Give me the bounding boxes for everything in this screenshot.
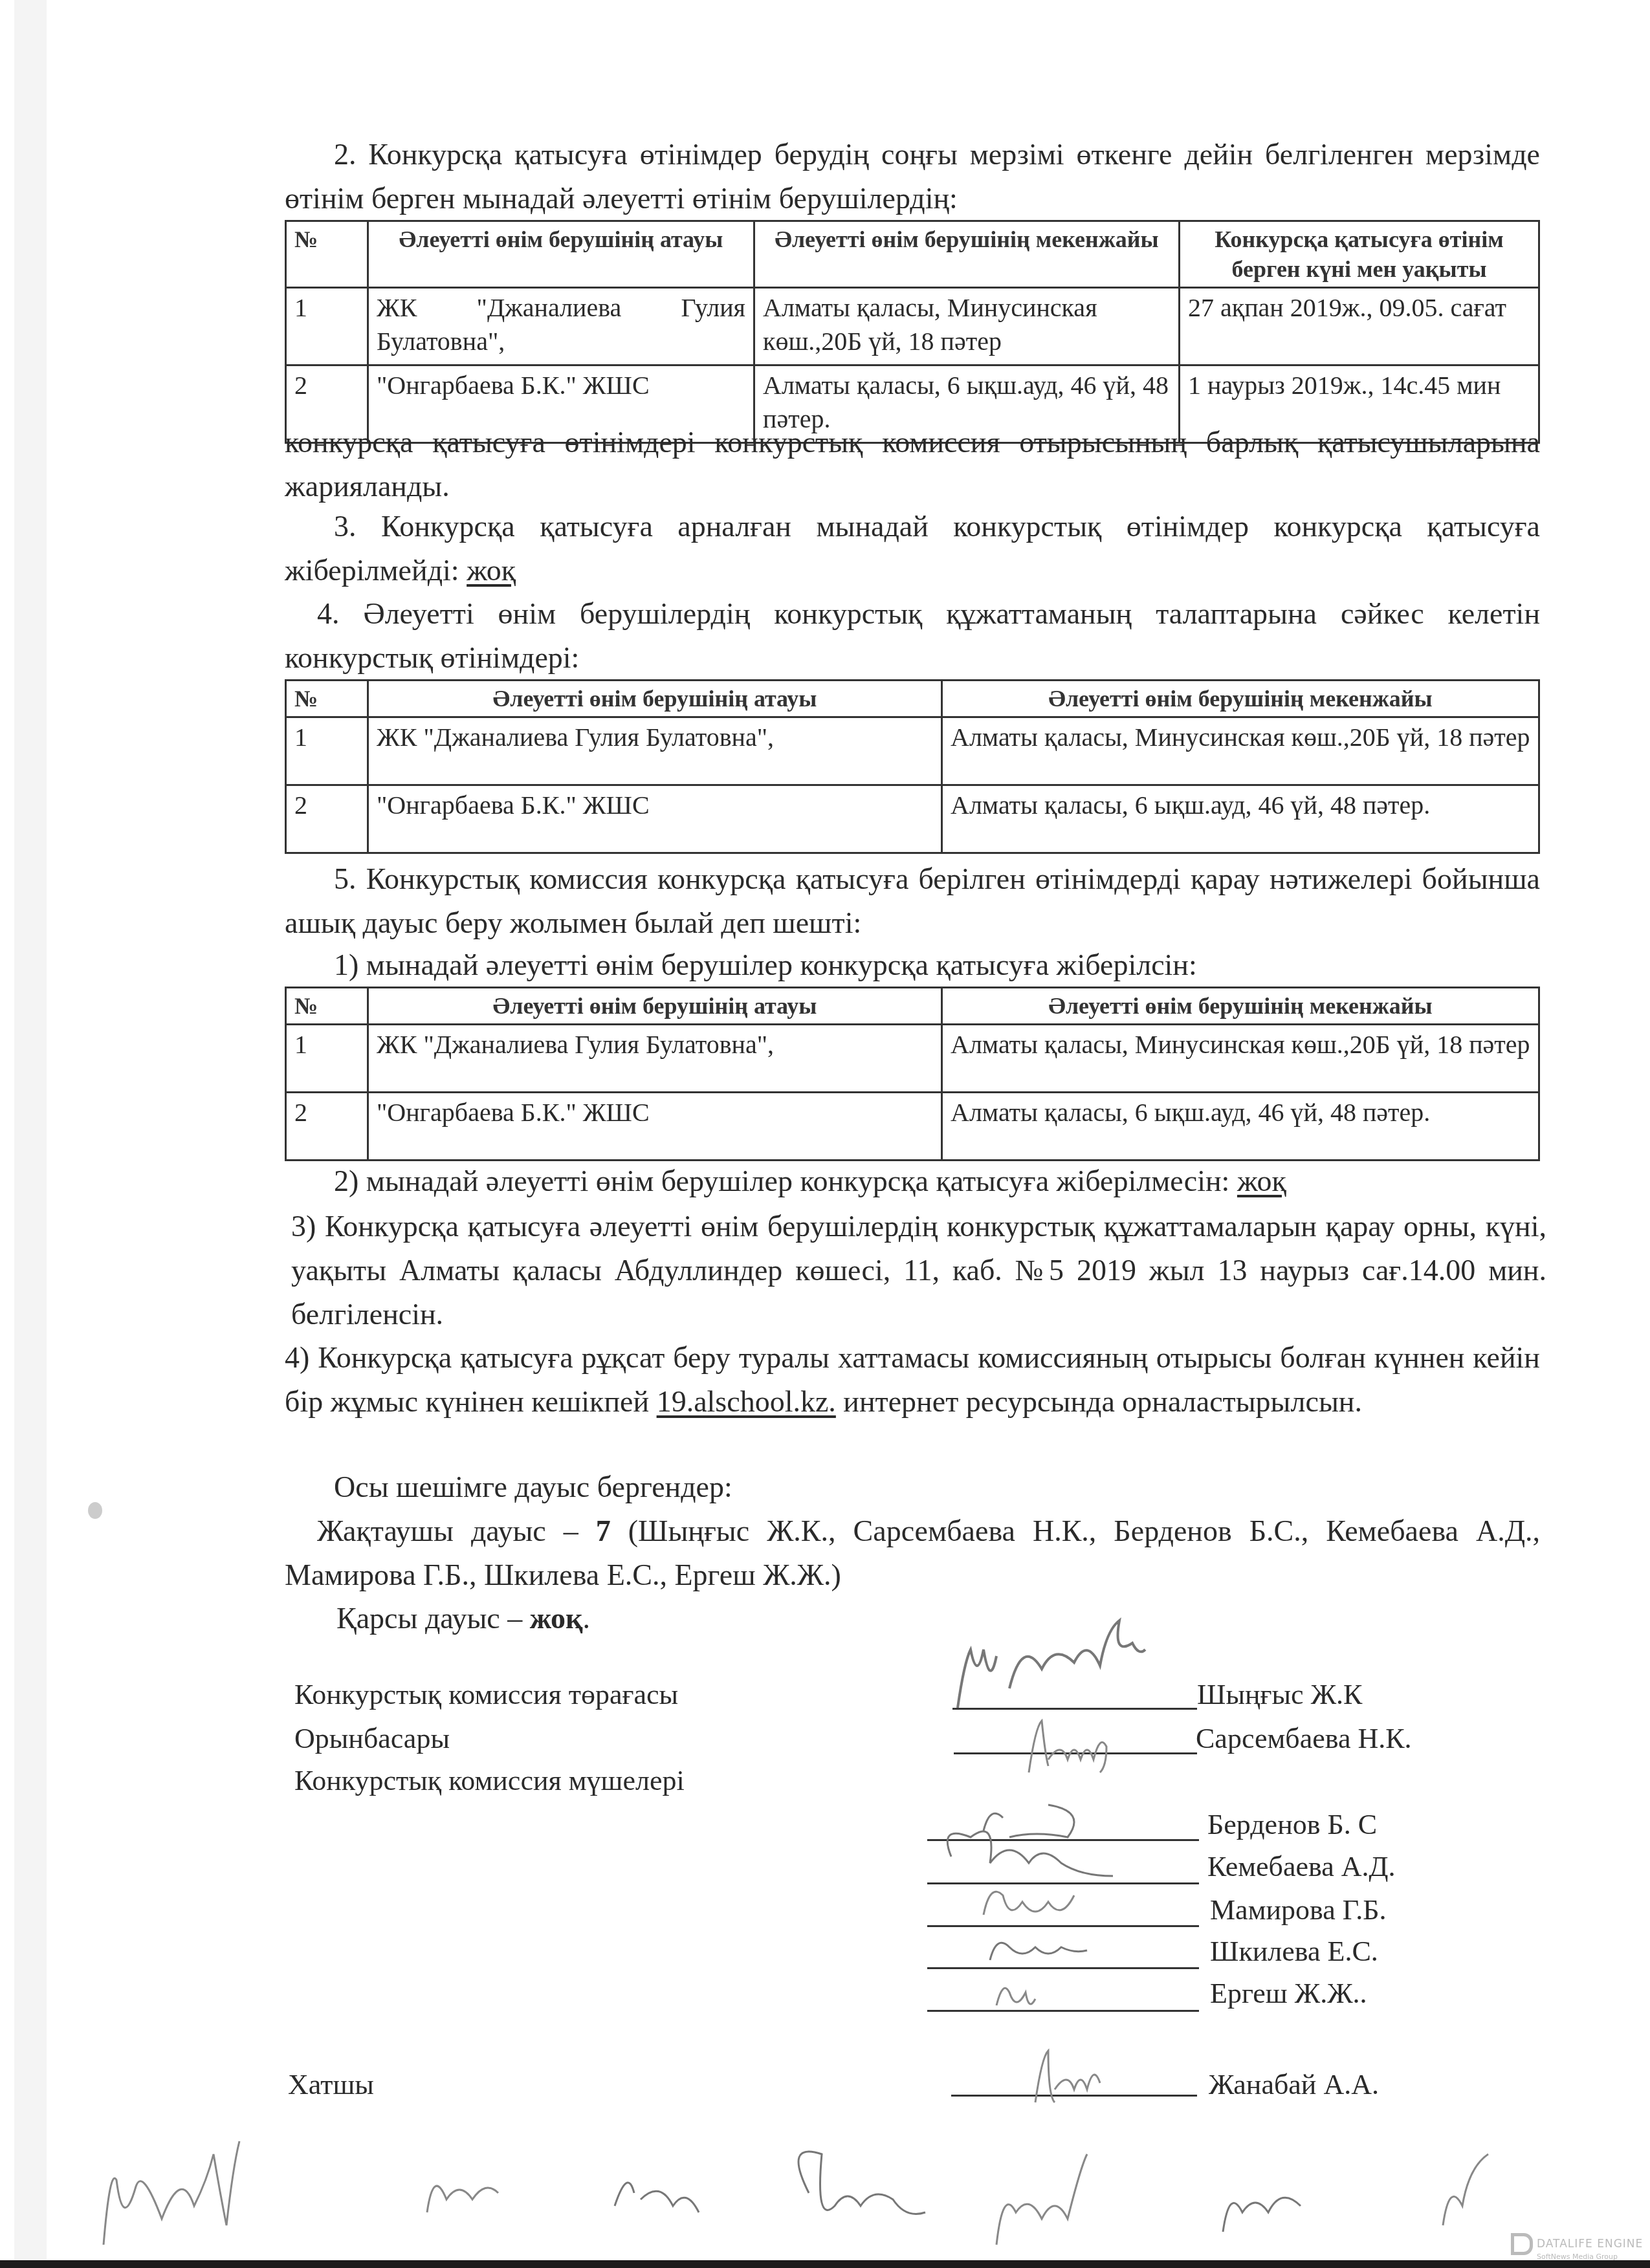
secretary-role: Хатшы (288, 2067, 374, 2103)
datalife-logo-icon (1511, 2233, 1533, 2255)
cell-address: Алматы қаласы, Минусинская көш.,20Б үй, … (754, 288, 1180, 365)
cell-address: Алматы қаласы, 6 ықш.ауд, 46 үй, 48 пәте… (942, 785, 1539, 853)
member-name: Ергеш Ж.Ж.. (1210, 1976, 1367, 2012)
voting-intro-text: Осы шешімге дауыс бергендер: (334, 1470, 732, 1503)
section-5-item-1-text: 1) мынадай әлеуетті өнім берушілер конку… (334, 948, 1197, 981)
votes-against: Қарсы дауыс – жоқ. (285, 1597, 1540, 1641)
secretary-signature-scribble (1016, 2044, 1145, 2115)
cell-address: Алматы қаласы, 6 ықш.ауд, 46 үй, 48 пәте… (942, 1093, 1539, 1161)
col-header-num: № (286, 988, 368, 1025)
cell-name: ЖК "Джаналиева Гулия Булатовна", (368, 1025, 942, 1093)
deputy-role: Орынбасары (294, 1721, 450, 1757)
votes-against-end: . (582, 1602, 590, 1635)
section-4-intro: 4. Әлеуетті өнім берушілердің конкурстық… (285, 592, 1540, 680)
member-name: Шкилева Е.С. (1210, 1934, 1378, 1970)
secretary-name: Жанабай А.А. (1209, 2067, 1379, 2103)
ink-blot (88, 1502, 102, 1519)
website-link[interactable]: 19.alschool.kz. (657, 1385, 836, 1418)
member-name: Мамирова Г.Б. (1210, 1892, 1387, 1928)
votes-against-value: жоқ (530, 1602, 583, 1635)
scan-left-edge (14, 0, 47, 2268)
table-header-row: № Әлеуетті өнім берушінің атауы Әлеуетті… (286, 221, 1539, 288)
section-3-value: жоқ (467, 554, 516, 587)
members-signature-scribbles (932, 1792, 1204, 2038)
cell-num: 1 (286, 1025, 368, 1093)
cell-num: 2 (286, 1093, 368, 1161)
section-5-item-2: 2) мынадай әлеуетті өнім берушілер конку… (285, 1159, 1540, 1203)
col-header-num: № (286, 221, 368, 288)
col-header-address: Әлеуетті өнім берушінің мекенжайы (754, 221, 1180, 288)
section-3: 3. Конкурсқа қатысуға арналған мынадай к… (285, 505, 1540, 593)
section-5-intro-text: 5. Конкурстық комиссия конкурсқа қатысуғ… (285, 862, 1540, 939)
table-row: 1 ЖК "Джаналиева Гулия Булатовна", Алмат… (286, 717, 1539, 785)
deputy-signature-scribble (1009, 1708, 1139, 1785)
table-row: 1 ЖК "Джаналиева Гулия Булатовна", Алмат… (286, 1025, 1539, 1093)
col-header-name: Әлеуетті өнім берушінің атауы (368, 681, 942, 717)
col-header-name: Әлеуетті өнім берушінің атауы (368, 221, 754, 288)
section-5-item-3: 3) Конкурсқа қатысуға әлеуетті өнім беру… (291, 1205, 1546, 1336)
section-5-item-3-text: 3) Конкурсқа қатысуға әлеуетті өнім беру… (291, 1210, 1546, 1331)
watermark: DATALIFE ENGINE SoftNews Media Group (1511, 2233, 1643, 2261)
bottom-signatures-scribbles (65, 2128, 1521, 2264)
col-header-address: Әлеуетті өнім берушінің мекенжайы (942, 681, 1539, 717)
col-header-datetime: Конкурсқа қатысуға өтінім берген күні ме… (1180, 221, 1539, 288)
cell-datetime: 27 ақпан 2019ж., 09.05. сағат (1180, 288, 1539, 365)
col-header-name: Әлеуетті өнім берушінің атауы (368, 988, 942, 1025)
table-row: 2 "Онгарбаева Б.К." ЖШС Алматы қаласы, 6… (286, 785, 1539, 853)
col-header-num: № (286, 681, 368, 717)
votes-for-label: Жақтаушы дауыс – (317, 1514, 596, 1547)
deputy-name: Сарсембаева Н.К. (1196, 1721, 1412, 1757)
applications-table: № Әлеуетті өнім берушінің атауы Әлеуетті… (285, 220, 1540, 444)
col-header-address: Әлеуетті өнім берушінің мекенжайы (942, 988, 1539, 1025)
table-row: 2 "Онгарбаева Б.К." ЖШС Алматы қаласы, 6… (286, 1093, 1539, 1161)
chair-signature-scribble (945, 1611, 1204, 1714)
votes-against-label: Қарсы дауыс – (336, 1602, 530, 1635)
watermark-title: DATALIFE ENGINE (1537, 2238, 1643, 2251)
votes-for: Жақтаушы дауыс – 7 (Шыңғыс Ж.К., Сарсемб… (285, 1509, 1540, 1597)
members-role: Конкурстық комиссия мүшелері (294, 1763, 685, 1799)
member-name: Берденов Б. С (1207, 1807, 1377, 1843)
section-5-item-2-text: 2) мынадай әлеуетті өнім берушілер конку… (334, 1164, 1237, 1197)
table-row: 1 ЖК "Джаналиева Гулия Булатовна", Алмат… (286, 288, 1539, 365)
cell-name: "Онгарбаева Б.К." ЖШС (368, 1093, 942, 1161)
section-5-item-4: 4) Конкурсқа қатысуға рұқсат беру туралы… (285, 1336, 1540, 1424)
section-2-intro: 2. Конкурсқа қатысуға өтінімдер берудің … (285, 133, 1540, 221)
cell-name: "Онгарбаева Б.К." ЖШС (368, 785, 942, 853)
cell-address: Алматы қаласы, Минусинская көш.,20Б үй, … (942, 1025, 1539, 1093)
section-5-item-4-text-end: интернет ресурсында орналастырылсын. (836, 1385, 1362, 1418)
chair-role: Конкурстық комиссия төрағасы (294, 1677, 678, 1713)
section-5-intro: 5. Конкурстық комиссия конкурсқа қатысуғ… (285, 857, 1540, 945)
cell-num: 1 (286, 717, 368, 785)
eligible-table: № Әлеуетті өнім берушінің атауы Әлеуетті… (285, 679, 1540, 854)
admitted-table: № Әлеуетті өнім берушінің атауы Әлеуетті… (285, 987, 1540, 1161)
table-header-row: № Әлеуетті өнім берушінің атауы Әлеуетті… (286, 988, 1539, 1025)
voting-intro: Осы шешімге дауыс бергендер: (285, 1465, 1540, 1509)
section-2-intro-text: 2. Конкурсқа қатысуға өтінімдер берудің … (285, 138, 1540, 215)
votes-for-count: 7 (596, 1514, 611, 1547)
cell-name: ЖК "Джаналиева Гулия Булатовна", (368, 717, 942, 785)
chair-name: Шыңғыс Ж.К (1197, 1677, 1362, 1713)
section-5-item-1: 1) мынадай әлеуетті өнім берушілер конку… (285, 943, 1540, 987)
scan-bottom-edge (0, 2260, 1650, 2268)
cell-address: Алматы қаласы, Минусинская көш.,20Б үй, … (942, 717, 1539, 785)
section-5-item-2-value: жоқ (1237, 1164, 1286, 1197)
cell-num: 2 (286, 785, 368, 853)
section-4-intro-text: 4. Әлеуетті өнім берушілердің конкурстық… (285, 597, 1540, 674)
section-2-outro-text: конкурсқа қатысуға өтінімдері конкурстық… (285, 426, 1540, 503)
cell-name: ЖК "Джаналиева Гулия Булатовна", (368, 288, 754, 365)
member-name: Кемебаева А.Д. (1207, 1849, 1396, 1885)
cell-num: 1 (286, 288, 368, 365)
table-header-row: № Әлеуетті өнім берушінің атауы Әлеуетті… (286, 681, 1539, 717)
section-2-outro: конкурсқа қатысуға өтінімдері конкурстық… (285, 420, 1540, 508)
